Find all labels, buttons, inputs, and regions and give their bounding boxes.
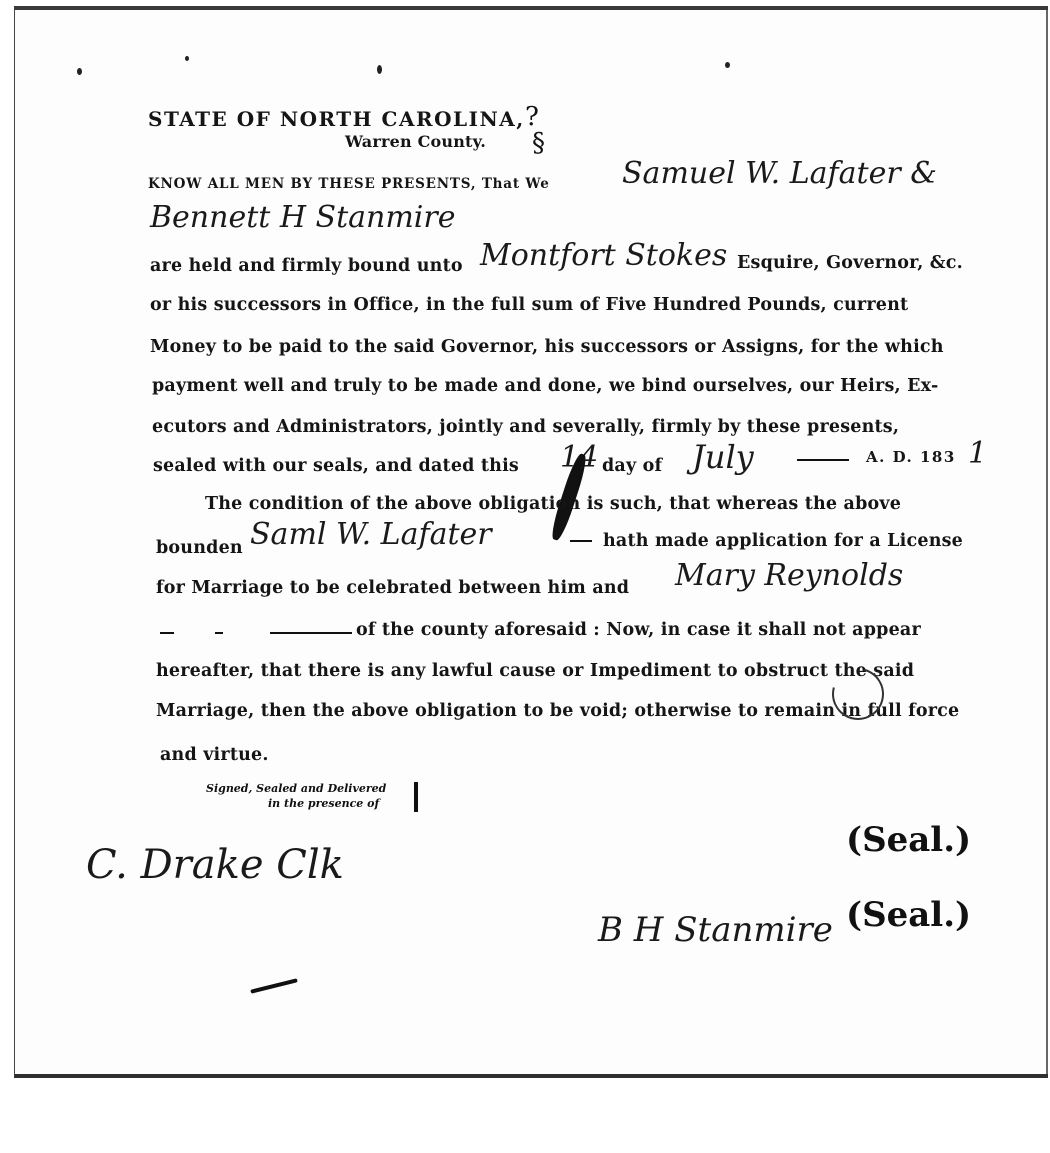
line-condition: The condition of the above obligation is… [205, 494, 901, 514]
bracket-mark [414, 782, 418, 812]
line-virtue: and virtue. [160, 745, 269, 765]
line-hereafter: hereafter, that there is any lawful caus… [156, 661, 914, 681]
line-dated: sealed with our seals, and dated this [153, 456, 519, 476]
line-county-aforesaid: of the county aforesaid : Now, in case i… [356, 620, 921, 640]
seal-1: (Seal.) [846, 820, 971, 860]
line-executors: ecutors and Administrators, jointly and … [152, 417, 899, 437]
applicant-handwritten: Saml W. Lafater [250, 517, 492, 552]
blank-line [270, 632, 352, 634]
line-application: hath made application for a License [603, 531, 963, 551]
line-held-bound: are held and firmly bound unto [150, 256, 463, 276]
dash [160, 632, 174, 634]
day-of-label: day of [602, 456, 662, 476]
dash [570, 540, 592, 542]
ink-spot [377, 65, 382, 74]
bondsman-1-handwritten: Samuel W. Lafater & [622, 156, 937, 191]
witness-caption-line1: Signed, Sealed and Delivered [206, 782, 386, 795]
governor-title: Esquire, Governor, &c. [737, 253, 963, 273]
witness-caption-line2: in the presence of [268, 797, 379, 810]
ink-spot [725, 62, 730, 68]
line-payment: payment well and truly to be made and do… [152, 376, 938, 396]
witness-signature: C. Drake Clk [86, 842, 344, 888]
bondsman-signature: B H Stanmire [598, 910, 833, 950]
ink-spot [77, 68, 82, 75]
blank-line [797, 459, 849, 461]
anno-domini: A. D. 183 [866, 448, 956, 466]
governor-name-handwritten: Montfort Stokes [480, 238, 727, 273]
dash [215, 632, 223, 634]
month-handwritten: July [692, 438, 754, 476]
bounden-label: bounden [156, 538, 243, 558]
brace-bottom: § [532, 128, 545, 158]
ink-spot [185, 56, 189, 61]
state-heading: STATE OF NORTH CAROLINA, [148, 107, 525, 131]
seal-2: (Seal.) [846, 895, 971, 935]
bride-handwritten: Mary Reynolds [675, 558, 903, 593]
line-marriage-between: for Marriage to be celebrated between hi… [156, 578, 629, 598]
line-full-sum: or his successors in Office, in the full… [150, 295, 908, 315]
line-money-paid: Money to be paid to the said Governor, h… [150, 337, 944, 357]
bondsman-2-handwritten: Bennett H Stanmire [150, 200, 456, 235]
county-heading: Warren County. [345, 132, 486, 151]
year-digit-handwritten: 1 [968, 436, 987, 471]
preamble-text: KNOW ALL MEN BY THESE PRESENTS, That We [148, 176, 550, 192]
